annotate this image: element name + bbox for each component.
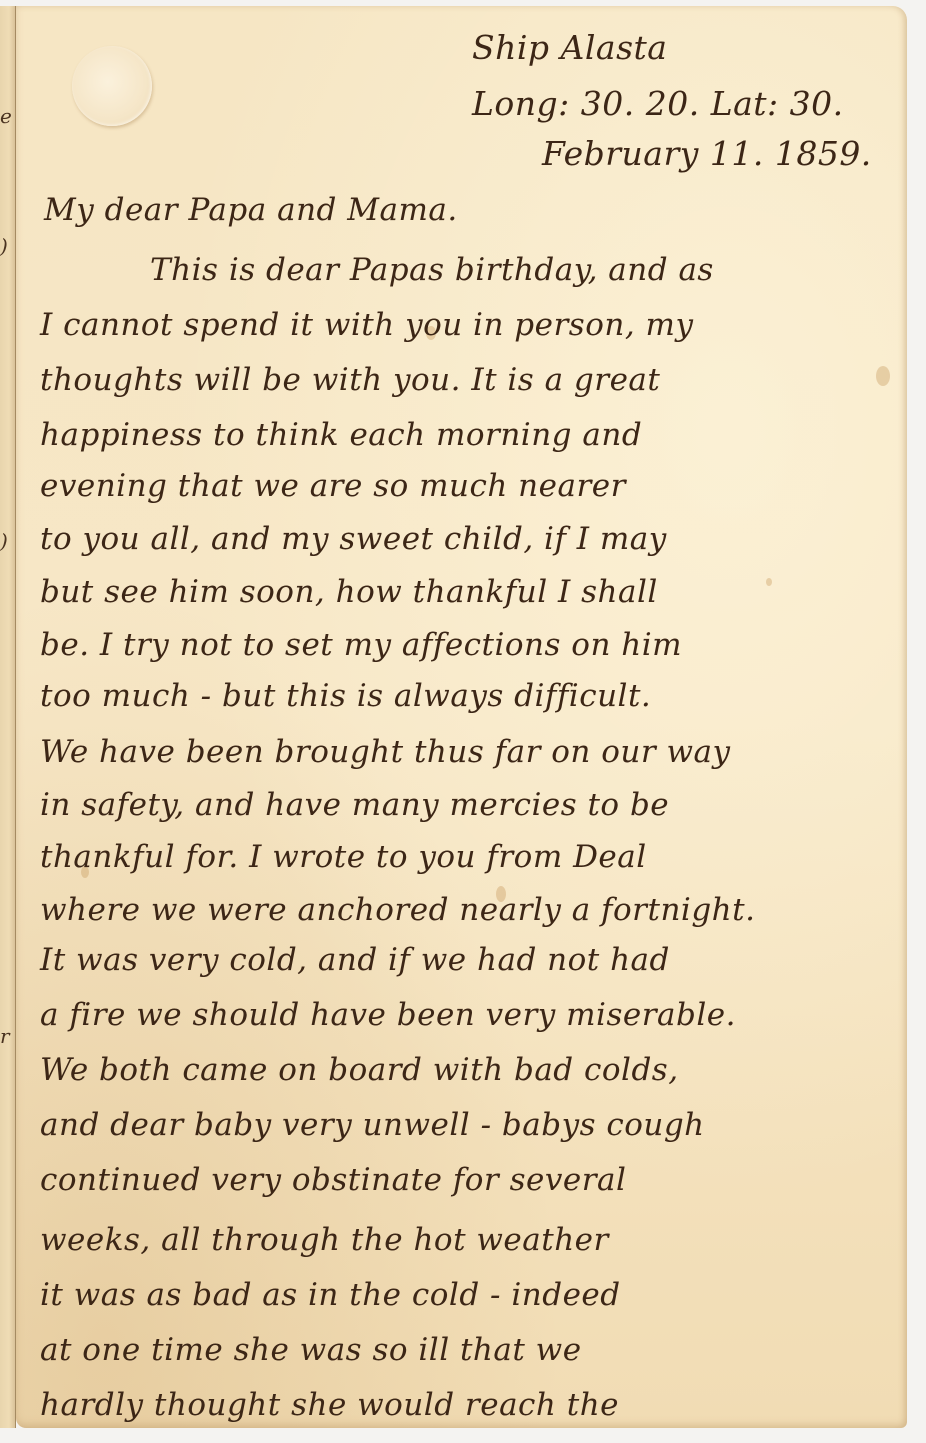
letter-line: evening that we are so much nearer	[40, 468, 626, 504]
letter-line: it was as bad as in the cold - indeed	[40, 1277, 621, 1313]
heading-date: February 11. 1859.	[542, 134, 872, 173]
letter-line: thankful for. I wrote to you from Deal	[40, 839, 647, 875]
letter-line: We have been brought thus far on our way	[40, 734, 731, 770]
left-page-fragment: )	[0, 236, 14, 256]
left-page-fragment: )	[0, 531, 14, 551]
letter-line: be. I try not to set my affections on hi…	[40, 627, 682, 663]
embossed-seal-icon	[72, 46, 152, 126]
adjacent-page-edge: e ) ) r	[0, 6, 16, 1428]
letter-line: to you all, and my sweet child, if I may	[40, 521, 667, 557]
letter-line: hardly thought she would reach the	[40, 1387, 619, 1423]
letter-line: a fire we should have been very miserabl…	[40, 997, 736, 1033]
letter-line: at one time she was so ill that we	[40, 1332, 582, 1368]
left-page-fragment: e	[0, 106, 14, 126]
salutation: My dear Papa and Mama.	[44, 192, 458, 228]
letter-line: This is dear Papas birthday, and as	[150, 252, 714, 288]
letter-line: I cannot spend it with you in person, my	[40, 307, 693, 343]
letter-line: continued very obstinate for several	[40, 1162, 626, 1198]
heading-ship: Ship Alasta	[472, 28, 667, 67]
paper-stain	[876, 366, 890, 386]
letter-line: where we were anchored nearly a fortnigh…	[40, 892, 755, 928]
letter-page: Ship Alasta Long: 30. 20. Lat: 30. Febru…	[16, 6, 907, 1428]
letter-line: weeks, all through the hot weather	[40, 1222, 609, 1258]
letter-line: too much - but this is always difficult.	[40, 678, 651, 714]
letter-line: We both came on board with bad colds,	[40, 1052, 679, 1088]
letter-line: in safety, and have many mercies to be	[40, 787, 669, 823]
letter-line: and dear baby very unwell - babys cough	[40, 1107, 705, 1143]
letter-line: thoughts will be with you. It is a great	[40, 362, 660, 398]
heading-position: Long: 30. 20. Lat: 30.	[472, 84, 844, 123]
paper-stain	[766, 578, 772, 586]
letter-line: but see him soon, how thankful I shall	[40, 574, 658, 610]
letter-line: happiness to think each morning and	[40, 417, 642, 453]
left-page-fragment: r	[0, 1026, 14, 1046]
letter-line: It was very cold, and if we had not had	[40, 942, 670, 978]
